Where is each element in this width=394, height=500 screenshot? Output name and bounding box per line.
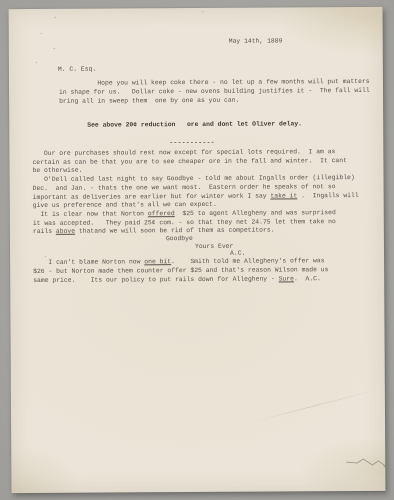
paragraph-ore: Our ore purchases should rest now except… [32, 148, 359, 237]
letter-paper: May 14th, 1889 M. C. Esq. Hope you will … [9, 7, 386, 493]
letter-line: bring all in sweep them one by one as yo… [59, 95, 370, 106]
letter-line: same price. Its our policy to put rails … [33, 274, 328, 285]
letter-line: rails above thatand we will soon be rid … [33, 226, 359, 237]
underlined-phrase: Sure [279, 275, 294, 282]
underlined-phrase: take it [270, 192, 297, 199]
paper-tear-mark [345, 453, 389, 471]
crease-mark [251, 389, 379, 423]
paper-speck [54, 48, 55, 49]
postscript: I can't blame Norton now one bit. Smith … [33, 256, 328, 285]
paper-speck [36, 62, 37, 63]
date-line: May 14th, 1889 [229, 36, 283, 45]
underlined-phrase: one bit [144, 258, 171, 265]
emphasized-notice: See above 20¢ reduction ore and dont let… [87, 119, 302, 129]
paper-speck [41, 33, 42, 34]
paper-speck [55, 17, 56, 18]
salutation: M. C. Esq. [58, 65, 96, 74]
photo-background: May 14th, 1889 M. C. Esq. Hope you will … [0, 0, 394, 500]
closing-yours-ever: Yours Ever [195, 241, 233, 250]
section-divider: ----------- [169, 138, 215, 147]
underlined-phrase: above [56, 228, 75, 235]
closing-goodbye: Goodbye [166, 234, 193, 243]
paragraph-coke: Hope you will keep coke there - no let u… [59, 77, 370, 106]
underlined-phrase: offered [148, 210, 175, 217]
paper-speck [203, 11, 204, 12]
